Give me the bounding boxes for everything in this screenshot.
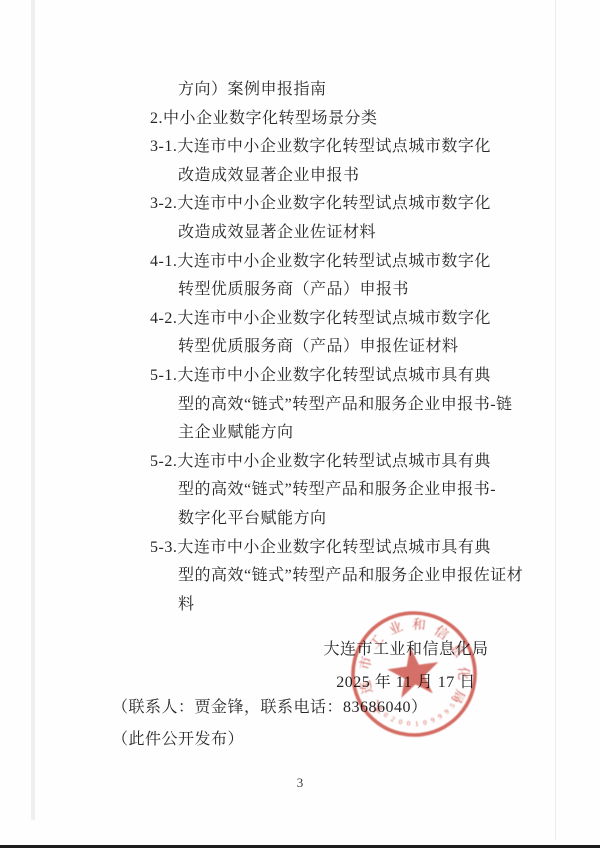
- list-item: 2.中小企业数字化转型场景分类: [150, 105, 550, 134]
- list-item: 5-2.大连市中小企业数字化转型试点城市具有典型的高效“链式”转型产品和服务企业…: [150, 448, 550, 534]
- footer-notes: （联系人：贾金锋，联系电话：83686040） （此件公开发布）: [112, 692, 428, 756]
- list-item: 方向）案例申报指南: [150, 76, 550, 105]
- seal-code-digit: 9: [443, 707, 451, 716]
- issuing-agency: 大连市工业和信息化局: [296, 633, 516, 666]
- list-item: 4-2.大连市中小企业数字化转型试点城市数字化转型优质服务商（产品）申报佐证材料: [150, 305, 550, 362]
- contact-note: （联系人：贾金锋，联系电话：83686040）: [112, 692, 428, 724]
- seal-code-digit: 5: [448, 701, 457, 709]
- scan-artifact-right-edge: [555, 0, 556, 840]
- page-number: 3: [0, 775, 600, 791]
- list-item: 5-1.大连市中小企业数字化转型试点城市具有典型的高效“链式”转型产品和服务企业…: [150, 362, 550, 448]
- document-page: 方向）案例申报指南2.中小企业数字化转型场景分类3-1.大连市中小企业数字化转型…: [0, 0, 600, 848]
- attachment-list: 方向）案例申报指南2.中小企业数字化转型场景分类3-1.大连市中小企业数字化转型…: [150, 76, 550, 619]
- scan-artifact-left-edge: [31, 0, 35, 820]
- seal-code-digit: 9: [430, 716, 437, 725]
- list-item: 4-1.大连市中小企业数字化转型试点城市数字化转型优质服务商（产品）申报书: [150, 248, 550, 305]
- list-item: 3-2.大连市中小企业数字化转型试点城市数字化改造成效显著企业佐证材料: [150, 190, 550, 247]
- signature-block: 大连市工业和信息化局 2025 年 11 月 17 日: [296, 633, 516, 699]
- publish-note: （此件公开发布）: [112, 724, 428, 756]
- list-item: 3-1.大连市中小企业数字化转型试点城市数字化改造成效显著企业申报书: [150, 133, 550, 190]
- seal-code-digit: 9: [437, 712, 445, 721]
- list-item: 5-3.大连市中小企业数字化转型试点城市具有典型的高效“链式”转型产品和服务企业…: [150, 534, 550, 620]
